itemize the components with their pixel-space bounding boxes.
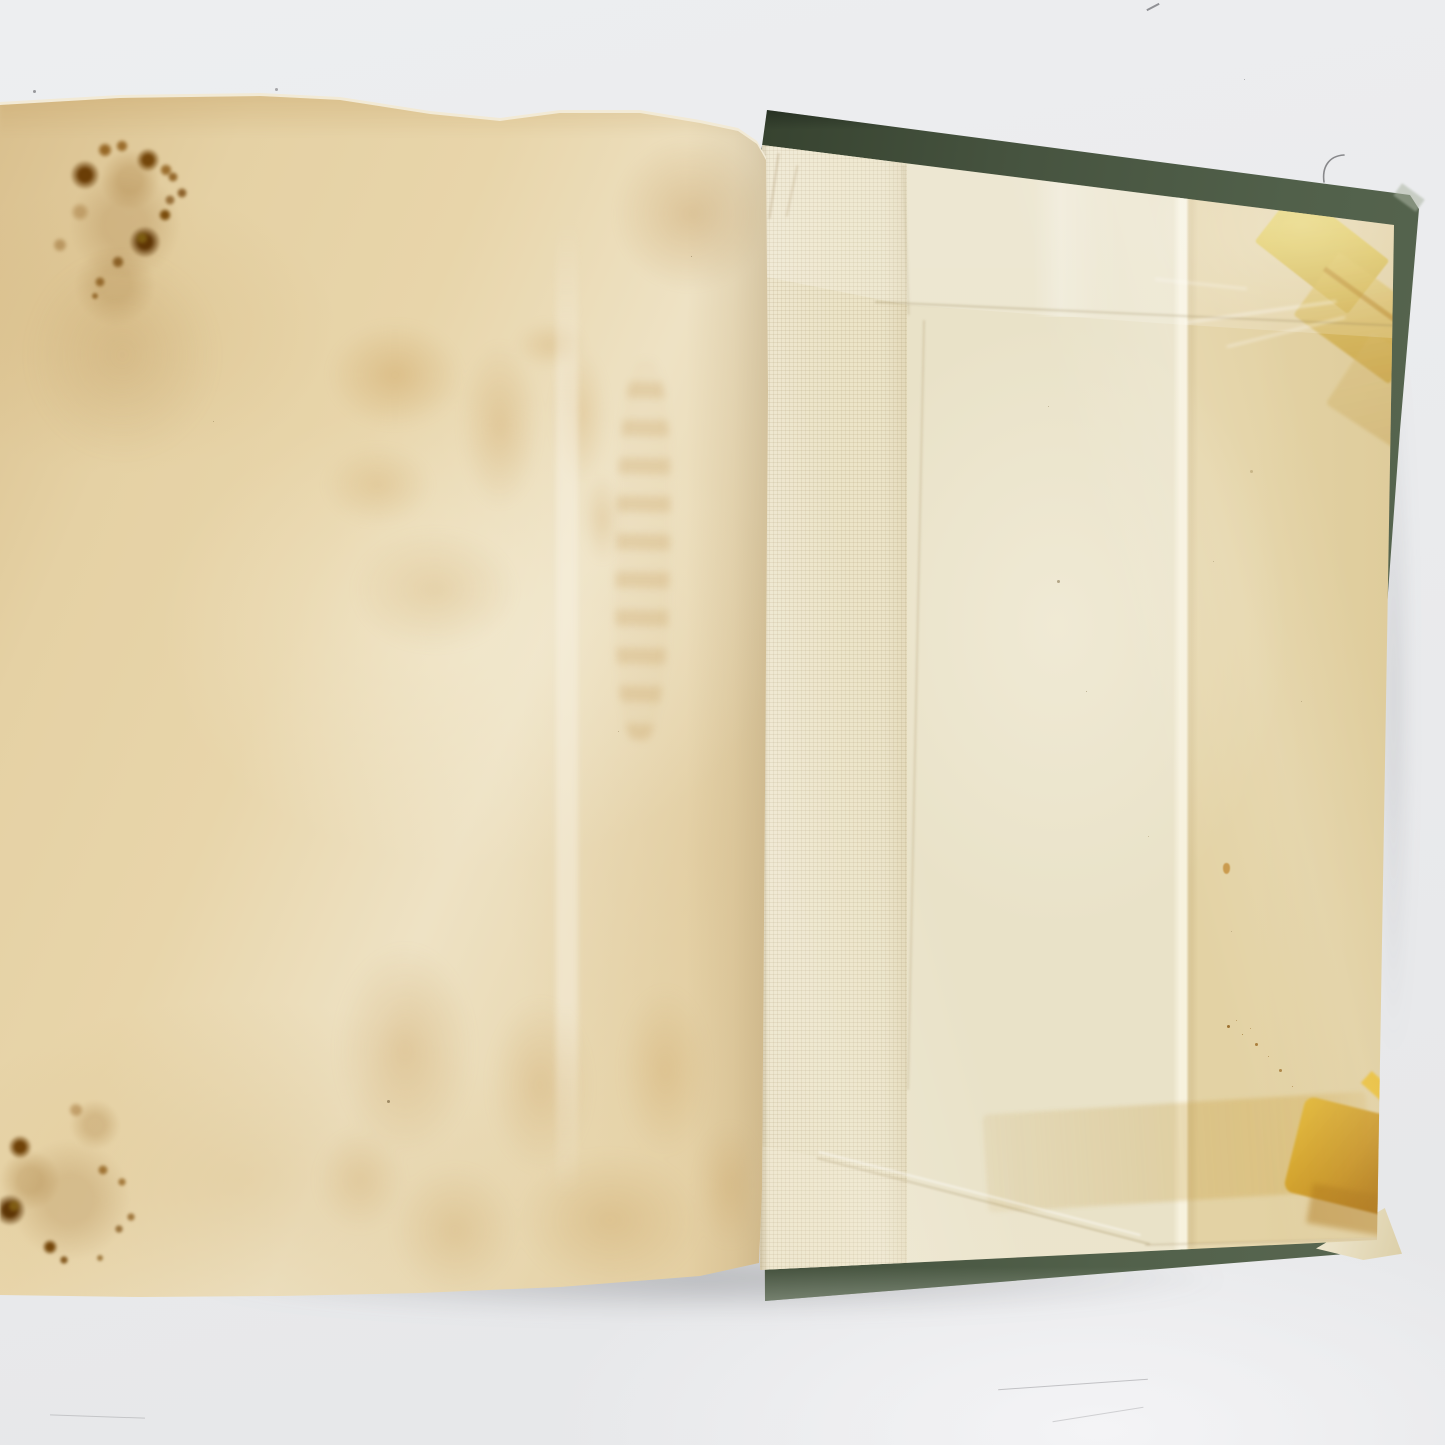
plastic-sheen-overlay	[757, 105, 1422, 1310]
paper-specks	[387, 1100, 390, 1103]
rust-ring-stain-bottom-left	[0, 1090, 175, 1295]
rust-ring-stain-top-left	[30, 120, 240, 350]
rust-stain-halo-top-left	[10, 220, 260, 490]
faded-offset-stain-lower	[280, 920, 750, 1340]
left-endpaper-page	[0, 90, 780, 1310]
surface-mark	[1146, 3, 1159, 11]
right-flyleaf-page	[757, 105, 1422, 1310]
photo-open-vintage-book	[0, 0, 1445, 1445]
surface-scratch	[998, 1379, 1148, 1390]
stray-hair	[1320, 150, 1350, 184]
dust-specks	[33, 90, 36, 93]
surface-scratch	[1052, 1407, 1143, 1422]
faded-offset-stain-upper	[250, 250, 680, 690]
faded-offset-stain-column	[613, 360, 674, 741]
top-edge-chips	[575, 100, 579, 104]
gutter-top-tan-wash	[588, 132, 760, 337]
light-crease-band	[556, 220, 578, 1200]
surface-scratch	[50, 1414, 145, 1418]
